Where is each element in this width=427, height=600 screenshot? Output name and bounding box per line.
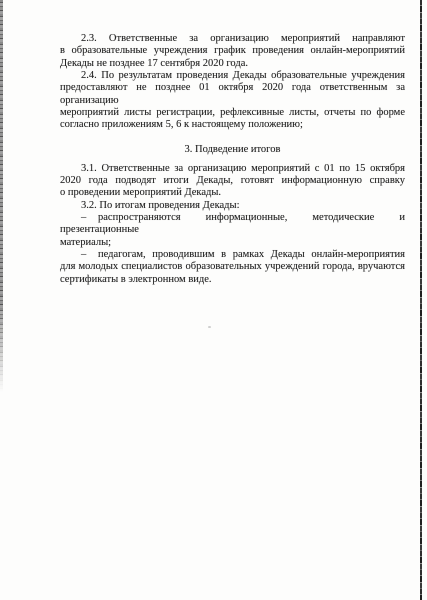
- scan-speck-artifact: [208, 326, 211, 328]
- text-line: мероприятий листы регистрации, рефлексив…: [60, 107, 405, 119]
- dash-marker: –: [81, 249, 98, 261]
- paragraph-2-4: 2.4. По результатам проведения Декады об…: [60, 70, 405, 132]
- list-item-1: –распространяются информационные, методи…: [60, 212, 405, 249]
- text-line: для молодых специалистов образовательных…: [60, 261, 405, 273]
- text-line: 3.1. Ответственные за организацию меропр…: [60, 163, 405, 175]
- text-line: 2.3. Ответственные за организацию меропр…: [60, 33, 405, 45]
- text-line: предоставляют не позднее 01 октября 2020…: [60, 82, 405, 107]
- dash-marker: –: [81, 212, 98, 224]
- text-line: в образовательные учреждения график пров…: [60, 45, 405, 57]
- paragraph-3-2: 3.2. По итогам проведения Декады:: [60, 200, 405, 212]
- left-edge-scan-artifact: [0, 0, 3, 392]
- text-line: о проведении мероприятий Декады.: [60, 187, 405, 199]
- text-line: –педагогам, проводившим в рамках Декады …: [60, 249, 405, 261]
- paragraph-3-1: 3.1. Ответственные за организацию меропр…: [60, 163, 405, 200]
- document-page: 2.3. Ответственные за организацию меропр…: [0, 0, 427, 600]
- paragraph-2-3: 2.3. Ответственные за организацию меропр…: [60, 33, 405, 70]
- text-line: 2.4. По результатам проведения Декады об…: [60, 70, 405, 82]
- text-line: –распространяются информационные, методи…: [60, 212, 405, 237]
- list-item-text: распространяются информационные, методич…: [60, 212, 405, 235]
- section-3-heading: 3. Подведение итогов: [60, 144, 405, 156]
- right-edge-scan-artifact: [420, 0, 422, 600]
- document-content: 2.3. Ответственные за организацию меропр…: [60, 33, 405, 286]
- text-line: Декады не позднее 17 сентября 2020 года.: [60, 58, 405, 70]
- text-line: материалы;: [60, 237, 405, 249]
- list-item-text: педагогам, проводившим в рамках Декады о…: [98, 249, 405, 260]
- text-line: 3.2. По итогам проведения Декады:: [60, 200, 405, 212]
- list-item-2: –педагогам, проводившим в рамках Декады …: [60, 249, 405, 286]
- text-line: согласно приложениям 5, 6 к настоящему п…: [60, 119, 405, 131]
- text-line: сертификаты в электронном виде.: [60, 274, 405, 286]
- heading-text: 3. Подведение итогов: [60, 144, 405, 156]
- text-line: 2020 года подводят итоги Декады, готовят…: [60, 175, 405, 187]
